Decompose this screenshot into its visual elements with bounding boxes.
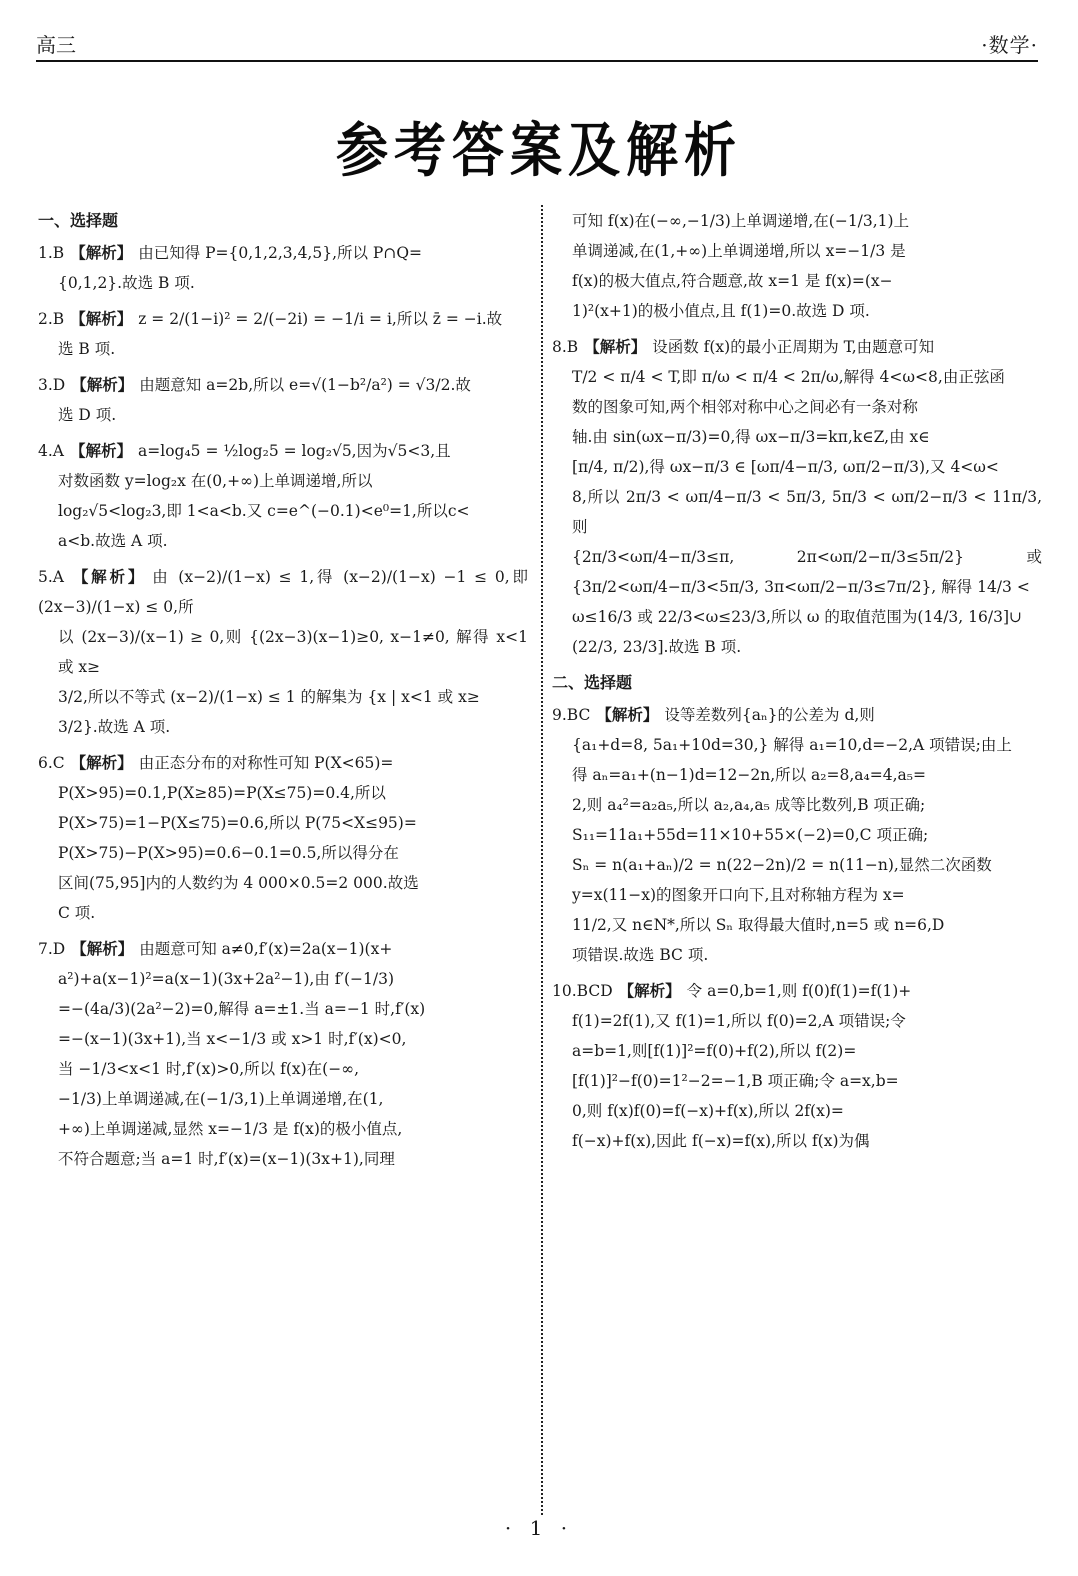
analysis-text: 得 aₙ=a₁+(n−1)d=12−2n,所以 a₂=8,a₄=4,a₅= [572, 766, 926, 784]
answer-choice: B [567, 338, 578, 356]
analysis-text: 对数函数 y=log₂x 在(0,+∞)上单调递增,所以 [58, 472, 372, 490]
answer-item-6: 6.C【解析】由正态分布的对称性可知 P(X<65)=P(X>95)=0.1,P… [38, 748, 528, 928]
analysis-text: 令 a=0,b=1,则 f(0)f(1)=f(1)+ [687, 982, 912, 1000]
page-header: 高三 ·数学· [36, 28, 1038, 62]
answer-line: f(1)=2f(1),又 f(1)=1,所以 f(0)=2,A 项错误;令 [552, 1006, 1042, 1036]
answer-line: 3/2}.故选 A 项. [38, 712, 528, 742]
answer-line: a=b=1,则[f(1)]²=f(0)+f(2),所以 f(2)= [552, 1036, 1042, 1066]
answer-line: 6.C【解析】由正态分布的对称性可知 P(X<65)= [38, 748, 528, 778]
analysis-text: 0,则 f(x)f(0)=f(−x)+f(x),所以 2f(x)= [572, 1102, 844, 1120]
answer-line: =−(4a/3)(2a²−2)=0,解得 a=±1.当 a=−1 时,f′(x) [38, 994, 528, 1024]
answer-line: 2,则 a₄²=a₂a₅,所以 a₂,a₄,a₅ 成等比数列,B 项正确; [552, 790, 1042, 820]
answer-line: C 项. [38, 898, 528, 928]
analysis-text: P(X>75)−P(X>95)=0.6−0.1=0.5,所以得分在 [58, 844, 399, 862]
answer-line: 9.BC【解析】设等差数列{aₙ}的公差为 d,则 [552, 700, 1042, 730]
answer-line: a²)+a(x−1)²=a(x−1)(3x+2a²−1),由 f′(−1/3) [38, 964, 528, 994]
answer-line: T/2 < π/4 < T,即 π/ω < π/4 < 2π/ω,解得 4<ω<… [552, 362, 1042, 392]
answer-line: 以 (2x−3)/(x−1) ≥ 0,则 {(2x−3)(x−1)≥0, x−1… [38, 622, 528, 682]
analysis-text: log₂√5<log₂3,即 1<a<b.又 c=e^(−0.1)<e⁰=1,所… [58, 502, 470, 520]
section-title: 一、选择题 [38, 206, 528, 236]
analysis-text: {2π/3<ωπ/4−π/3≤π, 2π<ωπ/2−π/3≤5π/2} 或 {3… [572, 548, 1042, 596]
answer-line: P(X>95)=0.1,P(X≥85)=P(X≤75)=0.4,所以 [38, 778, 528, 808]
answer-line: 当 −1/3<x<1 时,f′(x)>0,所以 f(x)在(−∞, [38, 1054, 528, 1084]
analysis-text: Sₙ = n(a₁+aₙ)/2 = n(22−2n)/2 = n(11−n),显… [572, 856, 992, 874]
analysis-text: (22/3, 23/3].故选 B 项. [572, 638, 741, 656]
question-number: 1. [38, 244, 53, 262]
answer-item-10: 10.BCD【解析】令 a=0,b=1,则 f(0)f(1)=f(1)+f(1)… [552, 976, 1042, 1156]
answer-line: 4.A【解析】a=log₄5 = ½log₂5 = log₂√5,因为√5<3,… [38, 436, 528, 466]
analysis-text: 不符合题意;当 a=1 时,f′(x)=(x−1)(3x+1),同理 [58, 1150, 395, 1168]
analysis-text: −1/3)上单调递减,在(−1/3,1)上单调递增,在(1, [58, 1090, 384, 1108]
analysis-tag: 【解析】 [71, 376, 133, 394]
answer-line: 单调递减,在(1,+∞)上单调递增,所以 x=−1/3 是 [552, 236, 1042, 266]
analysis-text: =−(x−1)(3x+1),当 x<−1/3 或 x>1 时,f′(x)<0, [58, 1030, 406, 1048]
analysis-tag: 【解析】 [71, 940, 133, 958]
analysis-tag: 【解析】 [70, 244, 132, 262]
answer-line: 可知 f(x)在(−∞,−1/3)上单调递增,在(−1/3,1)上 [552, 206, 1042, 236]
answer-line: 2.B【解析】z = 2/(1−i)² = 2/(−2i) = −1/i = i… [38, 304, 528, 334]
analysis-text: 1)²(x+1)的极小值点,且 f(1)=0.故选 D 项. [572, 302, 870, 320]
answer-line: 5.A【解析】由 (x−2)/(1−x) ≤ 1,得 (x−2)/(1−x) −… [38, 562, 528, 622]
answer-line: 数的图象可知,两个相邻对称中心之间必有一条对称 [552, 392, 1042, 422]
question-number: 3. [38, 376, 53, 394]
answer-line: 轴.由 sin(ωx−π/3)=0,得 ωx−π/3=kπ,k∈Z,由 x∈ [552, 422, 1042, 452]
question-number: 10. [552, 982, 577, 1000]
analysis-text: C 项. [58, 904, 95, 922]
answer-line: 10.BCD【解析】令 a=0,b=1,则 f(0)f(1)=f(1)+ [552, 976, 1042, 1006]
answer-line: 8,所以 2π/3 < ωπ/4−π/3 < 5π/3, 5π/3 < ωπ/2… [552, 482, 1042, 542]
analysis-text: S₁₁=11a₁+55d=11×10+55×(−2)=0,C 项正确; [572, 826, 928, 844]
analysis-text: 11/2,又 n∈N*,所以 Sₙ 取得最大值时,n=5 或 n=6,D [572, 916, 944, 934]
answer-line: 3.D【解析】由题意知 a=2b,所以 e=√(1−b²/a²) = √3/2.… [38, 370, 528, 400]
analysis-text: {0,1,2}.故选 B 项. [58, 274, 195, 292]
answer-choice: D [53, 376, 65, 394]
analysis-text: 项错误.故选 BC 项. [572, 946, 708, 964]
answer-line: {0,1,2}.故选 B 项. [38, 268, 528, 298]
answer-line: a<b.故选 A 项. [38, 526, 528, 556]
answer-line: 0,则 f(x)f(0)=f(−x)+f(x),所以 2f(x)= [552, 1096, 1042, 1126]
analysis-text: 选 D 项. [58, 406, 116, 424]
analysis-text: T/2 < π/4 < T,即 π/ω < π/4 < 2π/ω,解得 4<ω<… [572, 368, 1005, 386]
answer-choice: B [53, 310, 64, 328]
answer-line: 3/2,所以不等式 (x−2)/(1−x) ≤ 1 的解集为 {x | x<1 … [38, 682, 528, 712]
analysis-text: [f(1)]²−f(0)=1²−2=−1,B 项正确;令 a=x,b= [572, 1072, 899, 1090]
analysis-text: 3/2}.故选 A 项. [58, 718, 170, 736]
answer-item-9: 9.BC【解析】设等差数列{aₙ}的公差为 d,则{a₁+d=8, 5a₁+10… [552, 700, 1042, 970]
analysis-text: 8,所以 2π/3 < ωπ/4−π/3 < 5π/3, 5π/3 < ωπ/2… [572, 488, 1042, 536]
answer-line: [f(1)]²−f(0)=1²−2=−1,B 项正确;令 a=x,b= [552, 1066, 1042, 1096]
answer-line: 8.B【解析】设函数 f(x)的最小正周期为 T,由题意可知 [552, 332, 1042, 362]
answer-line: f(x)的极大值点,符合题意,故 x=1 是 f(x)=(x− [552, 266, 1042, 296]
answer-line: [π/4, π/2),得 ωx−π/3 ∈ [ωπ/4−π/3, ωπ/2−π/… [552, 452, 1042, 482]
analysis-text: a²)+a(x−1)²=a(x−1)(3x+2a²−1),由 f′(−1/3) [58, 970, 394, 988]
analysis-text: 数的图象可知,两个相邻对称中心之间必有一条对称 [572, 398, 918, 416]
answer-line: 对数函数 y=log₂x 在(0,+∞)上单调递增,所以 [38, 466, 528, 496]
question-number: 8. [552, 338, 567, 356]
answer-line: Sₙ = n(a₁+aₙ)/2 = n(22−2n)/2 = n(11−n),显… [552, 850, 1042, 880]
answer-line: P(X>75)−P(X>95)=0.6−0.1=0.5,所以得分在 [38, 838, 528, 868]
answer-line: 选 B 项. [38, 334, 528, 364]
analysis-tag: 【解析】 [70, 310, 132, 328]
analysis-text: 由题意知 a=2b,所以 e=√(1−b²/a²) = √3/2.故 [139, 376, 471, 394]
answer-line: −1/3)上单调递减,在(−1/3,1)上单调递增,在(1, [38, 1084, 528, 1114]
right-column: 可知 f(x)在(−∞,−1/3)上单调递增,在(−1/3,1)上单调递减,在(… [552, 206, 1042, 1162]
grade-label: 高三 [36, 29, 76, 58]
answer-item-1: 1.B【解析】由已知得 P={0,1,2,3,4,5},所以 P∩Q={0,1,… [38, 238, 528, 298]
answer-line: 不符合题意;当 a=1 时,f′(x)=(x−1)(3x+1),同理 [38, 1144, 528, 1174]
analysis-tag: 【解析】 [584, 338, 646, 356]
analysis-tag: 【解析】 [71, 754, 133, 772]
answer-line: (22/3, 23/3].故选 B 项. [552, 632, 1042, 662]
answer-item-3: 3.D【解析】由题意知 a=2b,所以 e=√(1−b²/a²) = √3/2.… [38, 370, 528, 430]
subject-label: ·数学· [981, 29, 1038, 58]
analysis-text: 设等差数列{aₙ}的公差为 d,则 [664, 706, 874, 724]
page-title: 参考答案及解析 [0, 104, 1078, 188]
question-number: 6. [38, 754, 53, 772]
analysis-text: 当 −1/3<x<1 时,f′(x)>0,所以 f(x)在(−∞, [58, 1060, 359, 1078]
analysis-tag: 【解析】 [619, 982, 681, 1000]
left-column: 一、选择题1.B【解析】由已知得 P={0,1,2,3,4,5},所以 P∩Q=… [38, 206, 528, 1180]
answer-choice: BCD [577, 982, 613, 1000]
analysis-text: 由已知得 P={0,1,2,3,4,5},所以 P∩Q= [138, 244, 422, 262]
answer-line: 11/2,又 n∈N*,所以 Sₙ 取得最大值时,n=5 或 n=6,D [552, 910, 1042, 940]
answer-line: {2π/3<ωπ/4−π/3≤π, 2π<ωπ/2−π/3≤5π/2} 或 {3… [552, 542, 1042, 602]
answer-item-2: 2.B【解析】z = 2/(1−i)² = 2/(−2i) = −1/i = i… [38, 304, 528, 364]
analysis-text: 设函数 f(x)的最小正周期为 T,由题意可知 [652, 338, 934, 356]
analysis-text: 轴.由 sin(ωx−π/3)=0,得 ωx−π/3=kπ,k∈Z,由 x∈ [572, 428, 930, 446]
analysis-text: 选 B 项. [58, 340, 115, 358]
analysis-text: +∞)上单调递减,显然 x=−1/3 是 f(x)的极小值点, [58, 1120, 402, 1138]
analysis-text: y=x(11−x)的图象开口向下,且对称轴方程为 x= [572, 886, 905, 904]
section-title: 二、选择题 [552, 668, 1042, 698]
answer-line: =−(x−1)(3x+1),当 x<−1/3 或 x>1 时,f′(x)<0, [38, 1024, 528, 1054]
analysis-text: =−(4a/3)(2a²−2)=0,解得 a=±1.当 a=−1 时,f′(x) [58, 1000, 425, 1018]
question-number: 5. [38, 568, 53, 586]
answer-choice: D [53, 940, 65, 958]
analysis-text: f(−x)+f(x),因此 f(−x)=f(x),所以 f(x)为偶 [572, 1132, 870, 1150]
question-number: 9. [552, 706, 567, 724]
answer-line: 1)²(x+1)的极小值点,且 f(1)=0.故选 D 项. [552, 296, 1042, 326]
analysis-text: z = 2/(1−i)² = 2/(−2i) = −1/i = i,所以 z̄ … [138, 310, 502, 328]
answer-item-4: 4.A【解析】a=log₄5 = ½log₂5 = log₂√5,因为√5<3,… [38, 436, 528, 556]
answer-line: ω≤16/3 或 22/3<ω≤23/3,所以 ω 的取值范围为(14/3, 1… [552, 602, 1042, 632]
analysis-text: [π/4, π/2),得 ωx−π/3 ∈ [ωπ/4−π/3, ωπ/2−π/… [572, 458, 999, 476]
analysis-text: 3/2,所以不等式 (x−2)/(1−x) ≤ 1 的解集为 {x | x<1 … [58, 688, 480, 706]
answer-line: 区间(75,95]内的人数约为 4 000×0.5=2 000.故选 [38, 868, 528, 898]
question-number: 2. [38, 310, 53, 328]
answer-line: y=x(11−x)的图象开口向下,且对称轴方程为 x= [552, 880, 1042, 910]
analysis-tag: 【解析】 [596, 706, 658, 724]
answer-item-5: 5.A【解析】由 (x−2)/(1−x) ≤ 1,得 (x−2)/(1−x) −… [38, 562, 528, 742]
answer-choice: A [53, 568, 64, 586]
analysis-text: a=b=1,则[f(1)]²=f(0)+f(2),所以 f(2)= [572, 1042, 856, 1060]
analysis-text: a=log₄5 = ½log₂5 = log₂√5,因为√5<3,且 [138, 442, 451, 460]
answer-item-7: 7.D【解析】由题意可知 a≠0,f′(x)=2a(x−1)(x+a²)+a(x… [38, 934, 528, 1174]
answer-item-8: 8.B【解析】设函数 f(x)的最小正周期为 T,由题意可知T/2 < π/4 … [552, 332, 1042, 662]
analysis-text: 可知 f(x)在(−∞,−1/3)上单调递增,在(−1/3,1)上 [572, 212, 909, 230]
question-number: 4. [38, 442, 53, 460]
answer-item-7: 可知 f(x)在(−∞,−1/3)上单调递增,在(−1/3,1)上单调递减,在(… [552, 206, 1042, 326]
page-number: · 1 · [0, 1516, 1078, 1540]
answer-line: +∞)上单调递减,显然 x=−1/3 是 f(x)的极小值点, [38, 1114, 528, 1144]
analysis-text: 区间(75,95]内的人数约为 4 000×0.5=2 000.故选 [58, 874, 419, 892]
analysis-text: P(X>75)=1−P(X≤75)=0.6,所以 P(75<X≤95)= [58, 814, 417, 832]
analysis-text: f(x)的极大值点,符合题意,故 x=1 是 f(x)=(x− [572, 272, 893, 290]
analysis-text: 由正态分布的对称性可知 P(X<65)= [139, 754, 394, 772]
answer-choice: BC [567, 706, 591, 724]
analysis-text: P(X>95)=0.1,P(X≥85)=P(X≤75)=0.4,所以 [58, 784, 386, 802]
analysis-text: 由题意可知 a≠0,f′(x)=2a(x−1)(x+ [139, 940, 392, 958]
analysis-text: ω≤16/3 或 22/3<ω≤23/3,所以 ω 的取值范围为(14/3, 1… [572, 608, 1022, 626]
answer-line: 选 D 项. [38, 400, 528, 430]
analysis-text: a<b.故选 A 项. [58, 532, 168, 550]
column-divider [541, 205, 543, 1515]
answer-line: 7.D【解析】由题意可知 a≠0,f′(x)=2a(x−1)(x+ [38, 934, 528, 964]
answer-line: 得 aₙ=a₁+(n−1)d=12−2n,所以 a₂=8,a₄=4,a₅= [552, 760, 1042, 790]
answer-choice: C [53, 754, 65, 772]
analysis-text: f(1)=2f(1),又 f(1)=1,所以 f(0)=2,A 项错误;令 [572, 1012, 906, 1030]
answer-line: 项错误.故选 BC 项. [552, 940, 1042, 970]
analysis-text: 2,则 a₄²=a₂a₅,所以 a₂,a₄,a₅ 成等比数列,B 项正确; [572, 796, 925, 814]
analysis-text: 以 (2x−3)/(x−1) ≥ 0,则 {(2x−3)(x−1)≥0, x−1… [58, 628, 528, 676]
answer-line: {a₁+d=8, 5a₁+10d=30,} 解得 a₁=10,d=−2,A 项错… [552, 730, 1042, 760]
answer-line: 1.B【解析】由已知得 P={0,1,2,3,4,5},所以 P∩Q= [38, 238, 528, 268]
answer-line: P(X>75)=1−P(X≤75)=0.6,所以 P(75<X≤95)= [38, 808, 528, 838]
answer-line: f(−x)+f(x),因此 f(−x)=f(x),所以 f(x)为偶 [552, 1126, 1042, 1156]
analysis-text: 单调递减,在(1,+∞)上单调递增,所以 x=−1/3 是 [572, 242, 906, 260]
analysis-tag: 【解析】 [70, 568, 146, 586]
answer-line: log₂√5<log₂3,即 1<a<b.又 c=e^(−0.1)<e⁰=1,所… [38, 496, 528, 526]
analysis-tag: 【解析】 [70, 442, 132, 460]
answer-choice: B [53, 244, 64, 262]
answer-choice: A [53, 442, 64, 460]
answer-line: S₁₁=11a₁+55d=11×10+55×(−2)=0,C 项正确; [552, 820, 1042, 850]
question-number: 7. [38, 940, 53, 958]
analysis-text: {a₁+d=8, 5a₁+10d=30,} 解得 a₁=10,d=−2,A 项错… [572, 736, 1012, 754]
